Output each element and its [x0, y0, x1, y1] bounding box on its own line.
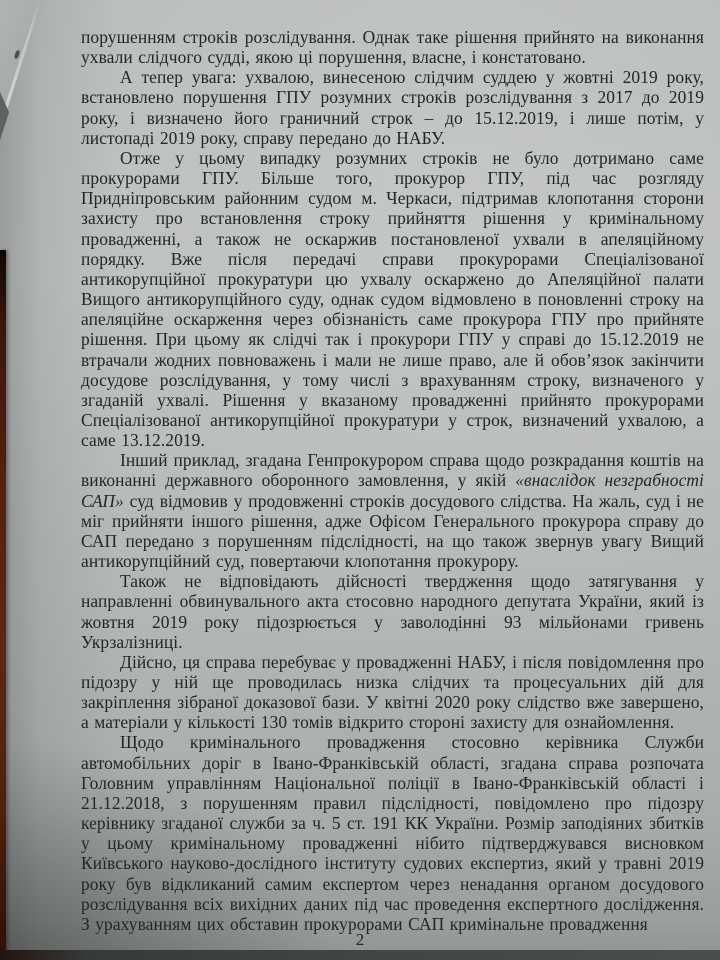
document-text: порушенням строків розслідування. Однак …: [81, 27, 704, 934]
photo-bottom-shadow: [0, 950, 720, 960]
text-segment: Щодо кримінального провадження стосовно …: [81, 732, 704, 933]
table-surface-left-edge: [0, 250, 6, 960]
paragraph-1: порушенням строків розслідування. Однак …: [81, 27, 704, 67]
paragraph-7: Щодо кримінального провадження стосовно …: [81, 732, 704, 934]
paragraph-6: Дійсно, ця справа перебуває у провадженн…: [81, 652, 704, 733]
paragraph-2: А тепер увага: ухвалою, винесеною слідчи…: [81, 67, 704, 148]
text-segment: Дійсно, ця справа перебуває у провадженн…: [81, 652, 704, 732]
text-segment: Також не відповідають дійсності тверджен…: [81, 571, 704, 651]
page-number: 2: [0, 931, 720, 948]
text-segment: суд відмовив у продовженні строків досуд…: [81, 491, 704, 571]
paragraph-3: Отже у цьому випадку розумних строків не…: [81, 148, 704, 450]
text-segment: А тепер увага: ухвалою, винесеною слідчи…: [81, 67, 704, 147]
text-segment: Отже у цьому випадку розумних строків не…: [81, 148, 704, 450]
paragraph-4: Інший приклад, згадана Генпрокурором спр…: [81, 450, 704, 571]
document-photo: порушенням строків розслідування. Однак …: [0, 0, 720, 960]
text-segment: порушенням строків розслідування. Однак …: [81, 27, 704, 67]
paragraph-5: Також не відповідають дійсності тверджен…: [81, 571, 704, 652]
